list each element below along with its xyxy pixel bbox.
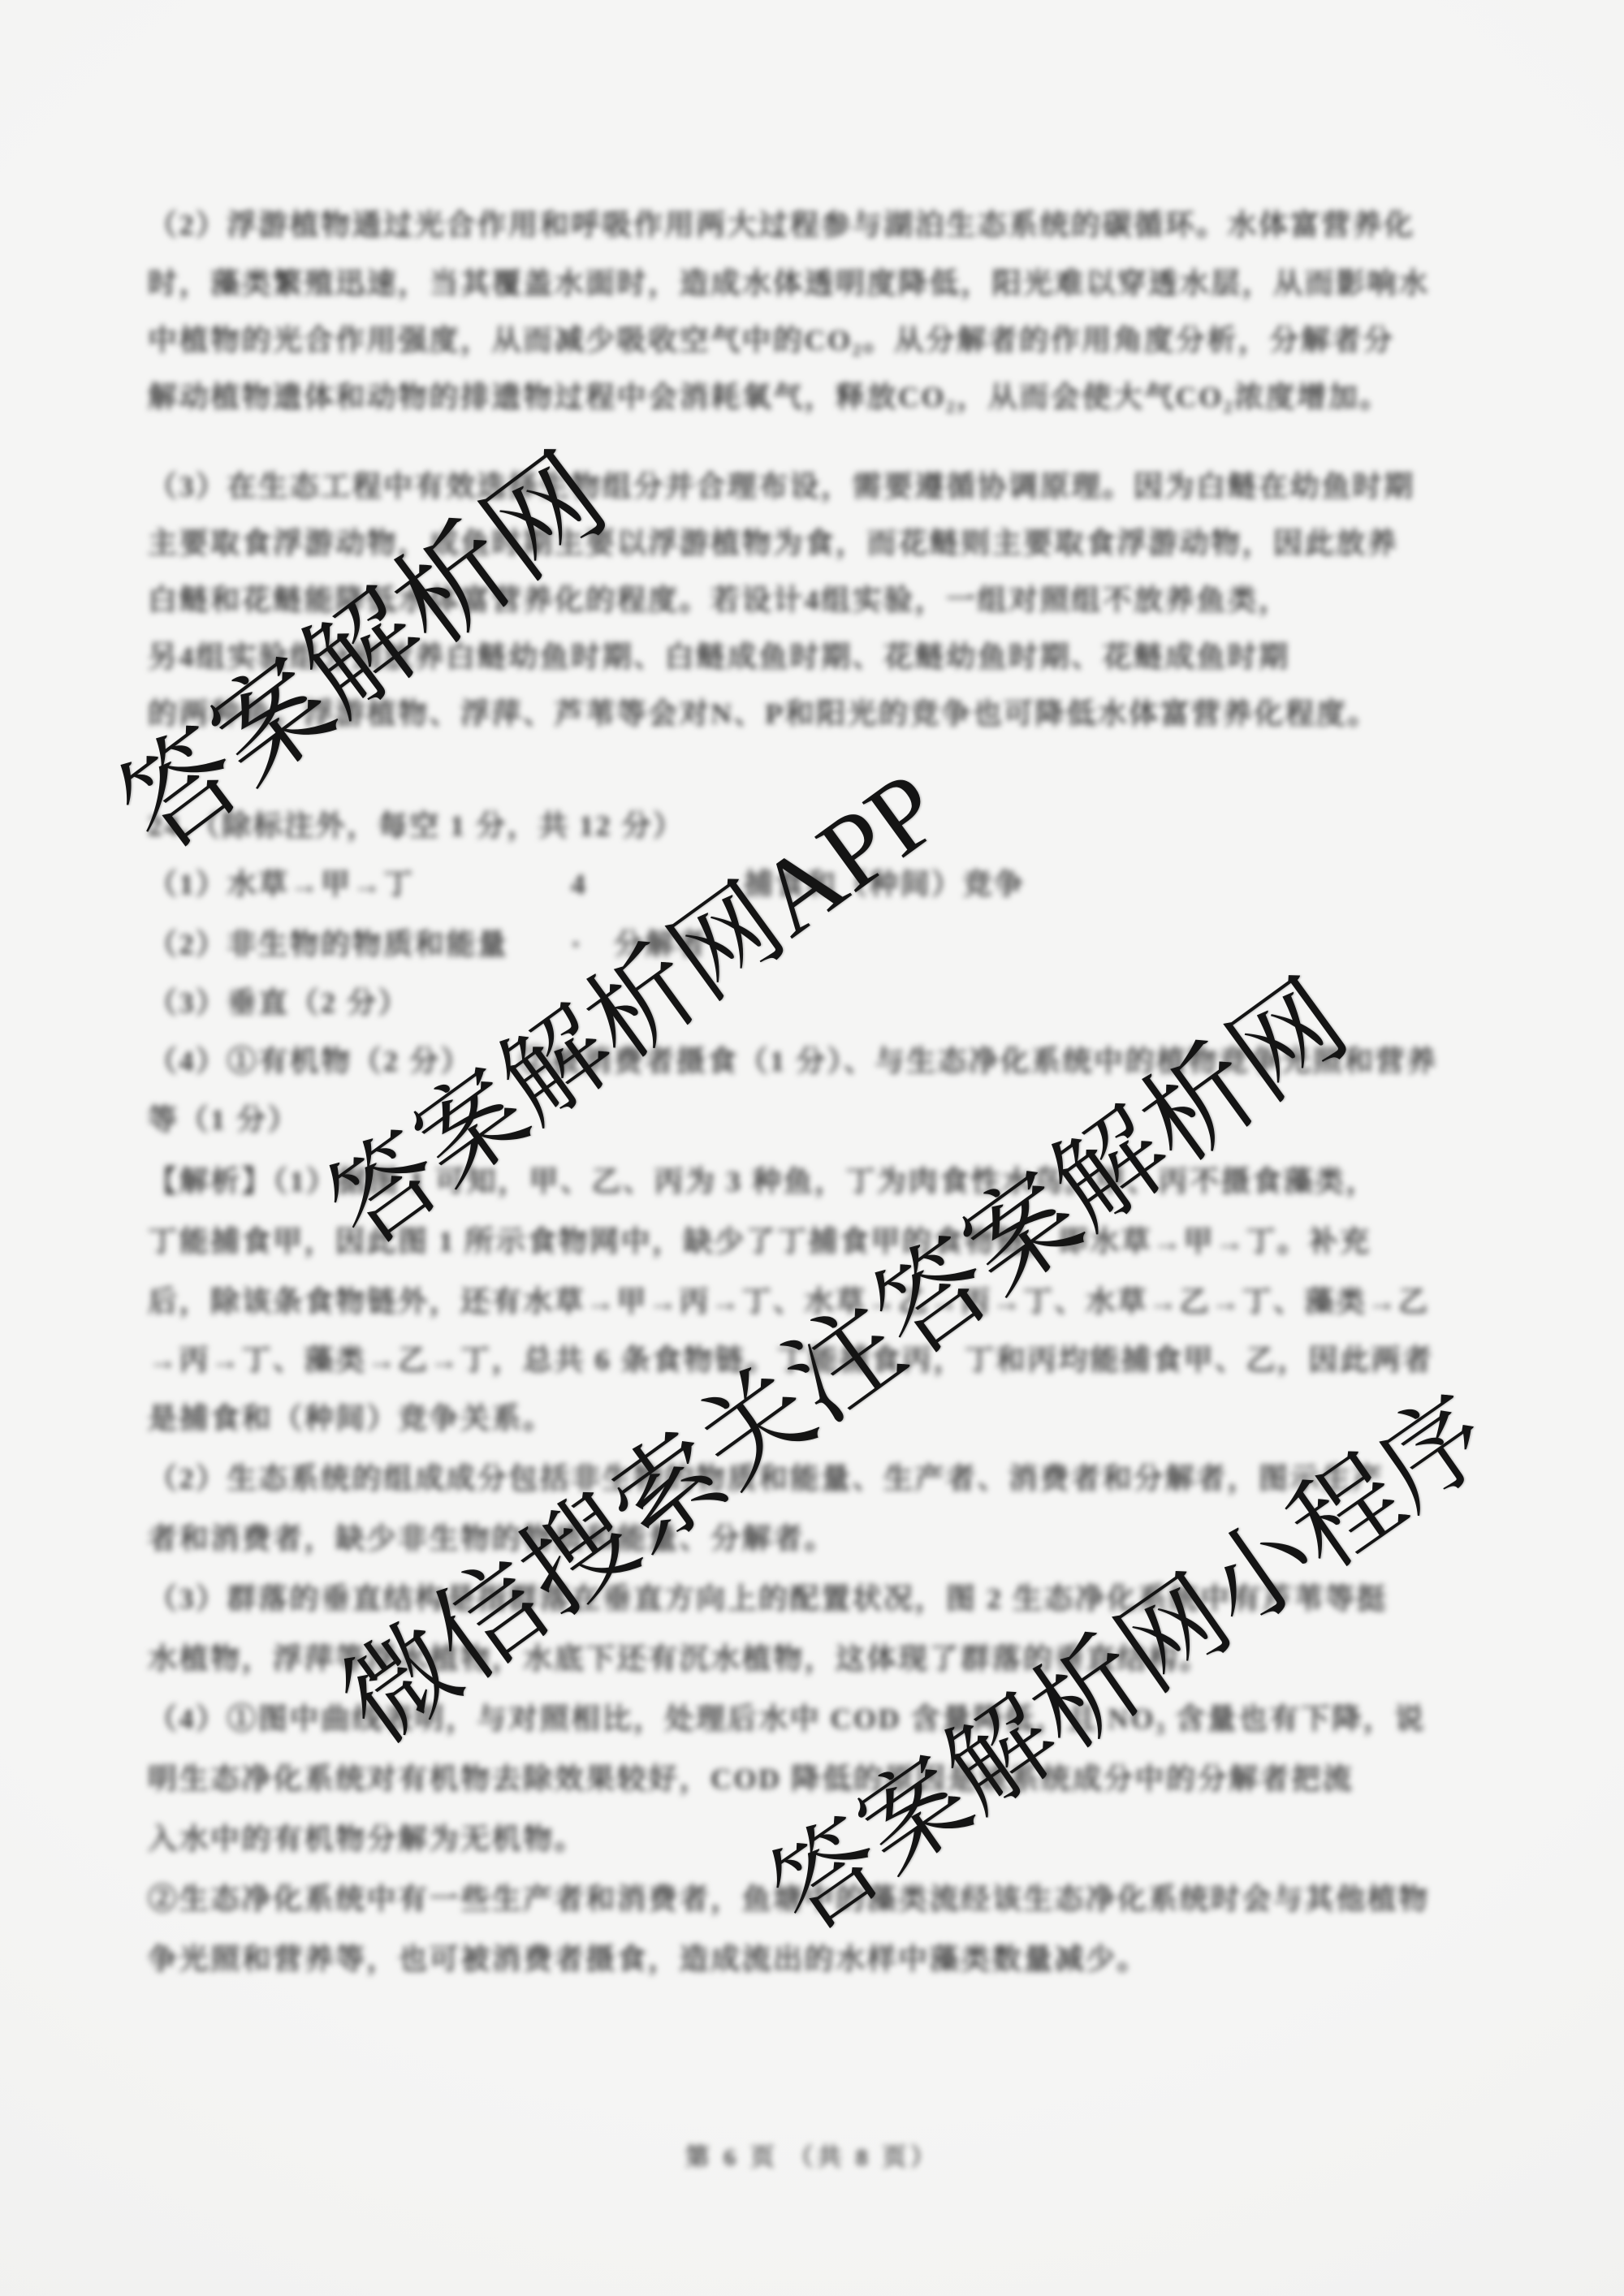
answer-line: 白鲢和花鲢能降低水体富营养化的程度。若设计4组实验，一组对照组不放养鱼类， bbox=[148, 581, 1512, 619]
answer-line: 中植物的光合作用强度，从而减少吸收空气中的CO₂。从分解者的作用角度分析，分解者… bbox=[148, 322, 1512, 359]
analysis-line: 【解析】（1）据图 1 可知，甲、乙、丙为 3 种鱼，丁为肉食性水鸟。甲、丙不摄… bbox=[148, 1163, 1512, 1200]
analysis-line: 水植物，浮萍等浮水植物，水底下还有沉水植物，这体现了群落的垂直结构。 bbox=[148, 1640, 1512, 1677]
analysis-line: 明生态净化系统对有机物去除效果较好，COD 降低的原因是该系统成分中的分解者把流 bbox=[148, 1760, 1512, 1798]
question-24-header: 24.（除标注外，每空 1 分，共 12 分） bbox=[148, 807, 1512, 844]
page-number: 第 6 页 （共 8 页） bbox=[0, 2137, 1624, 2173]
blurred-document-text: （2）浮游植物通过光合作用和呼吸作用两大过程参与湖泊生态系统的碳循环。水体富营养… bbox=[0, 0, 1624, 2296]
answer-line: 时，藻类繁殖迅速，当其覆盖水面时，造成水体透明度降低，阳光难以穿透水层，从而影响… bbox=[148, 265, 1512, 302]
answer-line: 另4组实验组分别放养白鲢幼鱼时期、白鲢成鱼时期、花鲢幼鱼时期、花鲢成鱼时期 bbox=[148, 638, 1512, 675]
answer-line: 主要取食浮游动物，成鱼时期主要以浮游植物为食，而花鲢则主要取食浮游动物，因此放养 bbox=[148, 524, 1512, 562]
answer-line: （4）①有机物（2 分） ②被消费者摄食（1 分）、与生态净化系统中的植物竞争光… bbox=[148, 1042, 1512, 1080]
answer-line: （3）垂直（2 分） bbox=[148, 984, 1512, 1021]
analysis-line: 是捕食和（种间）竞争关系。 bbox=[148, 1400, 1512, 1437]
analysis-line: 者和消费者，缺少非生物的物质和能量、分解者。 bbox=[148, 1520, 1512, 1557]
answer-line: 的两种鱼。浮游植物、浮萍、芦苇等会对N、P和阳光的竞争也可降低水体富营养化程度。 bbox=[148, 695, 1512, 732]
analysis-line: （4）①图中曲线表明，与对照相比，处理后水中 COD 含量降低，且 NO₃ 含量… bbox=[148, 1700, 1512, 1737]
analysis-line: 丁能捕食甲，因此图 1 所示食物网中，缺少了丁捕食甲的食物链，即水草→甲→丁。补… bbox=[148, 1223, 1512, 1260]
answer-line: （2）浮游植物通过光合作用和呼吸作用两大过程参与湖泊生态系统的碳循环。水体富营养… bbox=[148, 206, 1512, 244]
analysis-line: （2）生态系统的组成成分包括非生物的物质和能量、生产者、消费者和分解者，图示生产 bbox=[148, 1460, 1512, 1497]
answer-line: （2）非生物的物质和能量 · 分解者 bbox=[148, 926, 1512, 963]
analysis-line: （3）群落的垂直结构是指群落在垂直方向上的配置状况，图 2 生态净化系统中有芦苇… bbox=[148, 1580, 1512, 1617]
analysis-line: →丙→丁、藻类→乙→丁，总共 6 条食物链。丁能捕食丙，丁和丙均能捕食甲、乙，因… bbox=[148, 1341, 1512, 1379]
scanned-answer-page: （2）浮游植物通过光合作用和呼吸作用两大过程参与湖泊生态系统的碳循环。水体富营养… bbox=[0, 0, 1624, 2296]
analysis-line: 入水中的有机物分解为无机物。 bbox=[148, 1820, 1512, 1858]
answer-line: 等（1 分） bbox=[148, 1101, 1512, 1138]
analysis-line: 后，除该条食物链外，还有水草→甲→丙→丁、水草→乙→丙→丁、水草→乙→丁、藻类→… bbox=[148, 1283, 1512, 1320]
analysis-line: 争光照和营养等，也可被消费者摄食，造成流出的水样中藻类数量减少。 bbox=[148, 1940, 1512, 1978]
answer-line: （1）水草→甲→丁 4 捕食和（种间）竞争 bbox=[148, 865, 1512, 903]
analysis-line: ②生态净化系统中有一些生产者和消费者，鱼塘中的藻类流经该生态净化系统时会与其他植… bbox=[148, 1880, 1512, 1918]
answer-line: 解动植物遗体和动物的排遗物过程中会消耗氧气，释放CO₂，从而会使大气CO₂浓度增… bbox=[148, 378, 1512, 416]
answer-line: （3）在生态工程中有效选择生物组分并合理布设，需要遵循协调原理。因为白鲢在幼鱼时… bbox=[148, 468, 1512, 505]
